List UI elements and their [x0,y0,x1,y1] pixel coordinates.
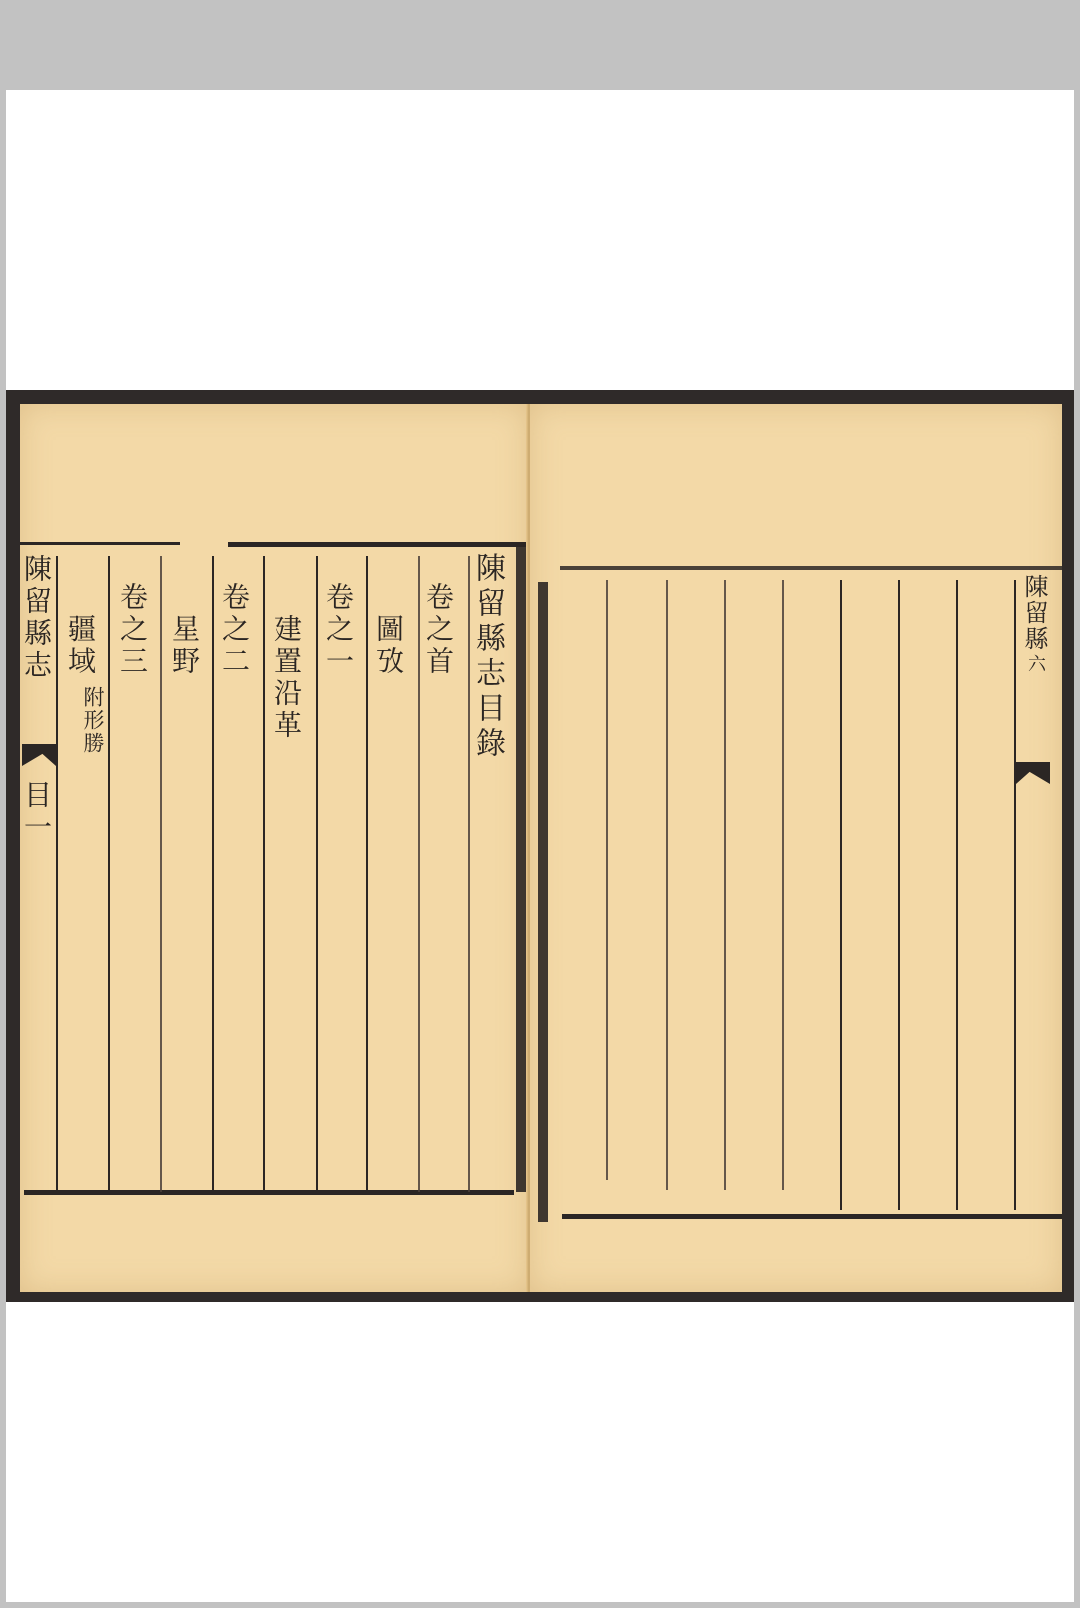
frame-left-border [538,582,548,1222]
toc-title: 陳留縣志目錄 [472,552,502,762]
toc-item: 疆域 [66,614,94,678]
toc-item: 星野 [170,614,198,678]
margin-section-label: 六 [1026,654,1044,674]
column-rule [666,580,668,1190]
toc-volume: 卷之首 [424,582,452,678]
margin-section-label: 目一 [22,780,50,844]
frame-top-rule [228,542,528,547]
column-rule [212,556,214,1192]
toc-volume: 卷之二 [220,582,248,678]
fishtail-mark [22,744,56,766]
frame-bottom-rule [24,1190,514,1195]
left-page: 陳留縣志 目一 陳留縣志目錄 卷之首 圖攷 卷之一 建置沿革 卷之二 星野 卷之… [20,404,528,1292]
column-rule [840,580,842,1210]
frame-top-rule-margin [20,542,180,545]
column-rule [898,580,900,1210]
frame-top-rule [560,566,1062,570]
column-rule [782,580,784,1190]
column-rule [956,580,958,1210]
frame-right-border [516,542,526,1192]
column-rule [606,580,608,1180]
toc-volume: 卷之一 [324,582,352,678]
column-rule [316,556,318,1192]
margin-book-title: 陳留縣志 [22,554,50,682]
column-rule [724,580,726,1190]
toc-volume: 卷之三 [118,582,146,678]
column-rule [366,556,368,1192]
scanned-book-spread: 陳留縣志 目一 陳留縣志目錄 卷之首 圖攷 卷之一 建置沿革 卷之二 星野 卷之… [6,390,1074,1302]
frame-bottom-rule [562,1214,1062,1219]
margin-book-title: 陳留縣 [1022,574,1046,652]
toc-item: 圖攷 [374,614,402,678]
column-rule [108,556,110,1192]
right-page: 陳留縣 六 [530,404,1062,1292]
toc-item-note: 附形勝 [82,686,103,755]
column-rule [160,556,162,1192]
column-rule [263,556,265,1192]
fishtail-mark [1016,762,1050,784]
column-rule [56,556,58,1192]
toc-item: 建置沿革 [272,614,300,742]
column-rule [418,556,420,1192]
column-rule [1014,580,1016,1210]
